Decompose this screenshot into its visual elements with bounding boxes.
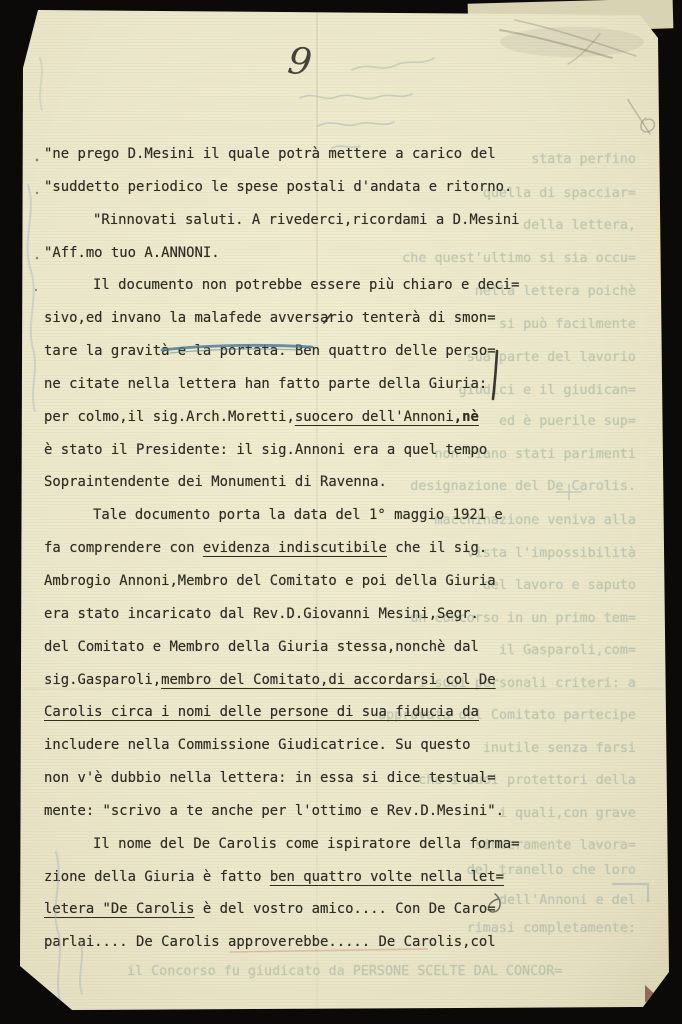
- typed-text: sivo,ed invano la malafede avversario te…: [44, 310, 496, 326]
- typed-line: letera "De Carolis è del vostro amico...…: [44, 893, 604, 926]
- typed-line: "suddetto periodico le spese postali d'a…: [44, 171, 604, 204]
- typed-text: che il sig.: [387, 540, 487, 556]
- typed-text: Ambrogio Annoni,Membro del Comitato e po…: [44, 573, 496, 589]
- typed-underlined-text: evidenza indiscutibile: [203, 540, 387, 556]
- typed-text: fa comprendere con: [44, 540, 203, 556]
- typed-line: del Comitato e Membro della Giuria stess…: [44, 631, 604, 664]
- typed-text: parlai.... De Carolis approverebbe..... …: [44, 934, 496, 950]
- typed-text: tare la gravità e la portata. Ben quattr…: [44, 343, 496, 359]
- typed-text: Il nome del De Carolis come ispiratore d…: [93, 836, 520, 852]
- typed-text: "Aff.mo tuo A.ANNONI.: [44, 245, 220, 261]
- typed-line: fa comprendere con evidenza indiscutibil…: [44, 532, 604, 565]
- typewritten-text-block: "ne prego D.Mesini il quale potrà metter…: [44, 138, 604, 959]
- typed-line: Il nome del De Carolis come ispiratore d…: [44, 828, 604, 861]
- typed-line: sig.Gasparoli,membro del Comitato,di acc…: [44, 664, 604, 697]
- typed-text: è del vostro amico.... Con De Caro=: [195, 901, 496, 917]
- typed-line: tare la gravità e la portata. Ben quattr…: [44, 335, 604, 368]
- typed-text: non v'è dubbio nella lettera: in essa si…: [44, 770, 496, 786]
- typed-text: "suddetto periodico le spese postali d'a…: [44, 179, 512, 195]
- typed-underlined-text: letera "De Carolis: [44, 901, 195, 917]
- typed-text: includere nella Commissione Giudicatrice…: [44, 737, 471, 753]
- typed-text: è stato il Presidente: il sig.Annoni era…: [44, 442, 487, 458]
- typed-text: del Comitato e Membro della Giuria stess…: [44, 639, 479, 655]
- typed-line: mente: "scrivo a te anche per l'ottimo e…: [44, 795, 604, 828]
- typed-line: Sopraintendente dei Monumenti di Ravenna…: [44, 466, 604, 499]
- typed-line: zione della Giuria è fatto ben quattro v…: [44, 861, 604, 894]
- pencil-smudge-marks: [500, 20, 654, 134]
- typed-line: parlai.... De Carolis approverebbe..... …: [44, 926, 604, 959]
- typed-text: mente: "scrivo a te anche per l'ottimo e…: [44, 803, 504, 819]
- document-page: 9 stata perfinoquella di spacciar=della …: [0, 0, 682, 1024]
- typed-line: era stato incaricato dal Rev.D.Giovanni …: [44, 598, 604, 631]
- typed-underlined-text: ,nè: [454, 409, 479, 425]
- typed-line: "Rinnovati saluti. A rivederci,ricordami…: [44, 204, 604, 237]
- typed-text: era stato incaricato dal Rev.D.Giovanni …: [44, 606, 479, 622]
- typed-line: "Aff.mo tuo A.ANNONI.: [44, 237, 604, 270]
- typed-text: per colmo,il sig.Arch.Moretti,: [44, 409, 295, 425]
- typed-underlined-text: Carolis circa i nomi delle persone di su…: [44, 704, 479, 720]
- ghost-typed-fragment: il Concorso fu giudicato da PERSONE SCEL…: [127, 964, 562, 979]
- typed-text: Il documento non potrebbe essere più chi…: [93, 277, 520, 293]
- ghost-bracket-mark: [612, 884, 648, 902]
- typed-line: "ne prego D.Mesini il quale potrà metter…: [44, 138, 604, 171]
- typed-underlined-text: suocero dell'Annoni: [295, 409, 454, 425]
- typed-line: includere nella Commissione Giudicatrice…: [44, 729, 604, 762]
- handwriting-bleedthrough: [300, 58, 434, 148]
- scan-backdrop: 9 stata perfinoquella di spacciar=della …: [0, 0, 682, 1024]
- typed-line: Ambrogio Annoni,Membro del Comitato e po…: [44, 565, 604, 598]
- typed-text: sig.Gasparoli,: [44, 672, 161, 688]
- typed-text: "Rinnovati saluti. A rivederci,ricordami…: [93, 212, 520, 228]
- typed-text: Sopraintendente dei Monumenti di Ravenna…: [44, 474, 387, 490]
- stray-ink-dots: [35, 159, 38, 292]
- handwritten-page-number: 9: [285, 39, 314, 85]
- typed-line: per colmo,il sig.Arch.Moretti,suocero de…: [44, 401, 604, 434]
- typed-line: sivo,ed invano la malafede avversario te…: [44, 302, 604, 335]
- typed-line: Carolis circa i nomi delle persone di su…: [44, 696, 604, 729]
- typed-line: è stato il Presidente: il sig.Annoni era…: [44, 434, 604, 467]
- typed-line: ne citate nella lettera han fatto parte …: [44, 368, 604, 401]
- typed-text: Tale documento porta la data del 1° magg…: [93, 507, 503, 523]
- typed-text: ne citate nella lettera han fatto parte …: [44, 376, 487, 392]
- typed-line: Il documento non potrebbe essere più chi…: [44, 269, 604, 302]
- typed-line: non v'è dubbio nella lettera: in essa si…: [44, 762, 604, 795]
- typed-text: zione della Giuria è fatto: [44, 869, 270, 885]
- typed-underlined-text: membro del Comitato,di accordarsi col De: [161, 672, 496, 688]
- typed-line: Tale documento porta la data del 1° magg…: [44, 499, 604, 532]
- typed-underlined-text: ben quattro volte nella let=: [270, 869, 504, 885]
- paper-edge-notch: [645, 985, 663, 1002]
- typed-text: "ne prego D.Mesini il quale potrà metter…: [44, 146, 496, 162]
